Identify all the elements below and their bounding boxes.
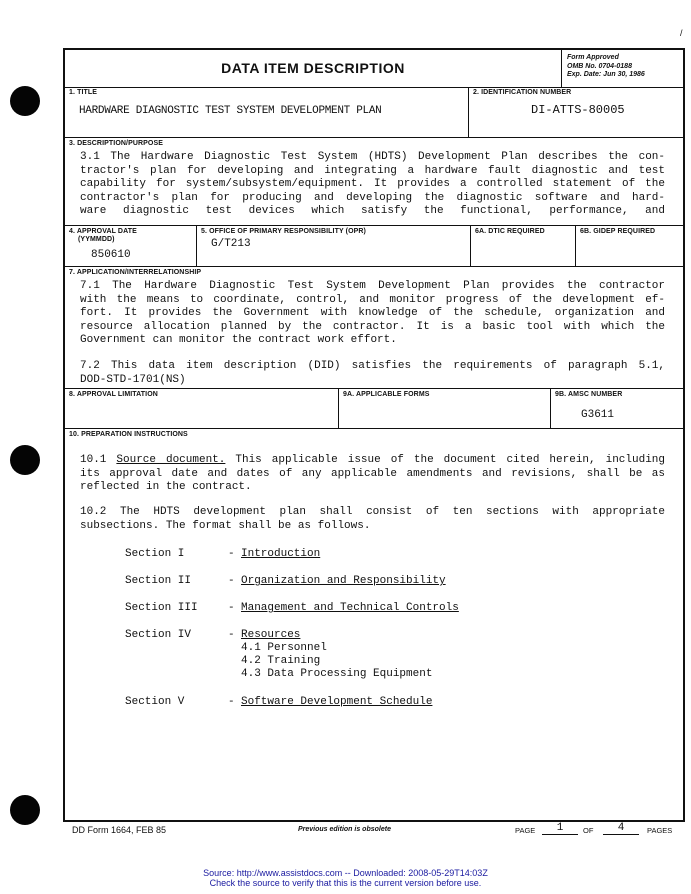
section-4-sub-2: 4.2 Training: [241, 655, 320, 667]
section-2-title: Organization and Responsibility: [241, 575, 446, 587]
section-4-title: Resources: [241, 629, 300, 641]
page-label: PAGE: [515, 826, 535, 835]
binder-hole-middle: [10, 445, 40, 475]
pages-label: PAGES: [647, 826, 672, 835]
form-approved-box: Form Approved OMB No. 0704-0188 Exp. Dat…: [561, 50, 683, 87]
title-value: HARDWARE DIAGNOSTIC TEST SYSTEM DEVELOPM…: [79, 105, 381, 117]
para-10-1: 10.1 Source document. This applicable is…: [80, 454, 665, 495]
section-3-dash: -: [228, 602, 235, 614]
binder-hole-top: [10, 86, 40, 116]
margin-mark: /: [680, 28, 683, 38]
approval-date-sub: (YYMMDD): [78, 236, 115, 243]
description-row: 3. DESCRIPTION/PURPOSE 3.1 The Hardware …: [65, 138, 683, 226]
previous-edition-note: Previous edition is obsolete: [298, 826, 391, 833]
section-5-dash: -: [228, 696, 235, 708]
section-2-dash: -: [228, 575, 235, 587]
page-number: 1: [542, 822, 578, 835]
header-row: DATA ITEM DESCRIPTION Form Approved OMB …: [65, 50, 683, 88]
application-label: 7. APPLICATION/INTERRELATIONSHIP: [69, 269, 201, 276]
source-document-heading: Source document.: [116, 454, 225, 466]
application-para-7-2: 7.2 This data item description (DID) sat…: [80, 360, 665, 387]
application-row: 7. APPLICATION/INTERRELATIONSHIP 7.1 The…: [65, 267, 683, 389]
section-1-title: Introduction: [241, 548, 320, 560]
section-4-sub-1: 4.1 Personnel: [241, 642, 327, 654]
form-title: DATA ITEM DESCRIPTION: [65, 60, 561, 76]
gidep-label: 6b. GIDEP REQUIRED: [580, 228, 655, 235]
dtic-cell: 6a. DTIC REQUIRED: [470, 226, 575, 266]
form-approved-text: Form Approved OMB No. 0704-0188 Exp. Dat…: [567, 54, 645, 80]
id-label: 2. IDENTIFICATION NUMBER: [473, 89, 571, 96]
description-text: 3.1 The Hardware Diagnostic Test System …: [80, 151, 665, 219]
source-line-2: Check the source to verify that this is …: [0, 878, 691, 888]
amsc-label: 9b. AMSC NUMBER: [555, 391, 622, 398]
title-label: 1. TITLE: [69, 89, 97, 96]
amsc-cell: 9b. AMSC NUMBER G3611: [550, 389, 683, 428]
description-label: 3. DESCRIPTION/PURPOSE: [69, 140, 163, 147]
page-total: 4: [603, 822, 639, 835]
section-4-sub-3: 4.3 Data Processing Equipment: [241, 668, 432, 680]
opr-label: 5. OFFICE OF PRIMARY RESPONSIBILITY (OPR…: [201, 228, 366, 235]
amsc-value: G3611: [581, 409, 614, 421]
form-id: DD Form 1664, FEB 85: [72, 825, 166, 835]
applicable-forms-cell: 9a. APPLICABLE FORMS: [338, 389, 550, 428]
approval-row: 4. APPROVAL DATE (YYMMDD) 850610 5. OFFI…: [65, 226, 683, 267]
of-label: OF: [583, 826, 593, 835]
approval-date-value: 850610: [91, 249, 131, 261]
binder-hole-bottom: [10, 795, 40, 825]
limitation-row: 8. APPROVAL LIMITATION 9a. APPLICABLE FO…: [65, 389, 683, 429]
dd-form-1664: DATA ITEM DESCRIPTION Form Approved OMB …: [63, 48, 685, 822]
section-3-name: Section III: [125, 602, 198, 614]
section-1-dash: -: [228, 548, 235, 560]
section-1-name: Section I: [125, 548, 184, 560]
gidep-cell: 6b. GIDEP REQUIRED: [575, 226, 683, 266]
prep-label: 10. PREPARATION INSTRUCTIONS: [69, 431, 188, 438]
approval-date-label: 4. APPROVAL DATE: [69, 228, 137, 235]
title-row: 1. TITLE HARDWARE DIAGNOSTIC TEST SYSTEM…: [65, 88, 683, 138]
section-5-name: Section V: [125, 696, 184, 708]
dtic-label: 6a. DTIC REQUIRED: [475, 228, 545, 235]
id-value: DI-ATTS-80005: [531, 103, 625, 117]
section-4-name: Section IV: [125, 629, 191, 641]
section-4-dash: -: [228, 629, 235, 641]
section-2-name: Section II: [125, 575, 191, 587]
opr-value: G/T213: [211, 238, 251, 250]
id-cell: 2. IDENTIFICATION NUMBER DI-ATTS-80005: [468, 88, 683, 137]
approval-limitation-label: 8. APPROVAL LIMITATION: [69, 391, 158, 398]
section-3-title: Management and Technical Controls: [241, 602, 459, 614]
section-5-title: Software Development Schedule: [241, 696, 432, 708]
opr-cell: 5. OFFICE OF PRIMARY RESPONSIBILITY (OPR…: [196, 226, 470, 266]
source-line-1: Source: http://www.assistdocs.com -- Dow…: [0, 868, 691, 878]
application-para-7-1: 7.1 The Hardware Diagnostic Test System …: [80, 280, 665, 348]
para-10-2: 10.2 The HDTS development plan shall con…: [80, 506, 665, 533]
applicable-forms-label: 9a. APPLICABLE FORMS: [343, 391, 430, 398]
